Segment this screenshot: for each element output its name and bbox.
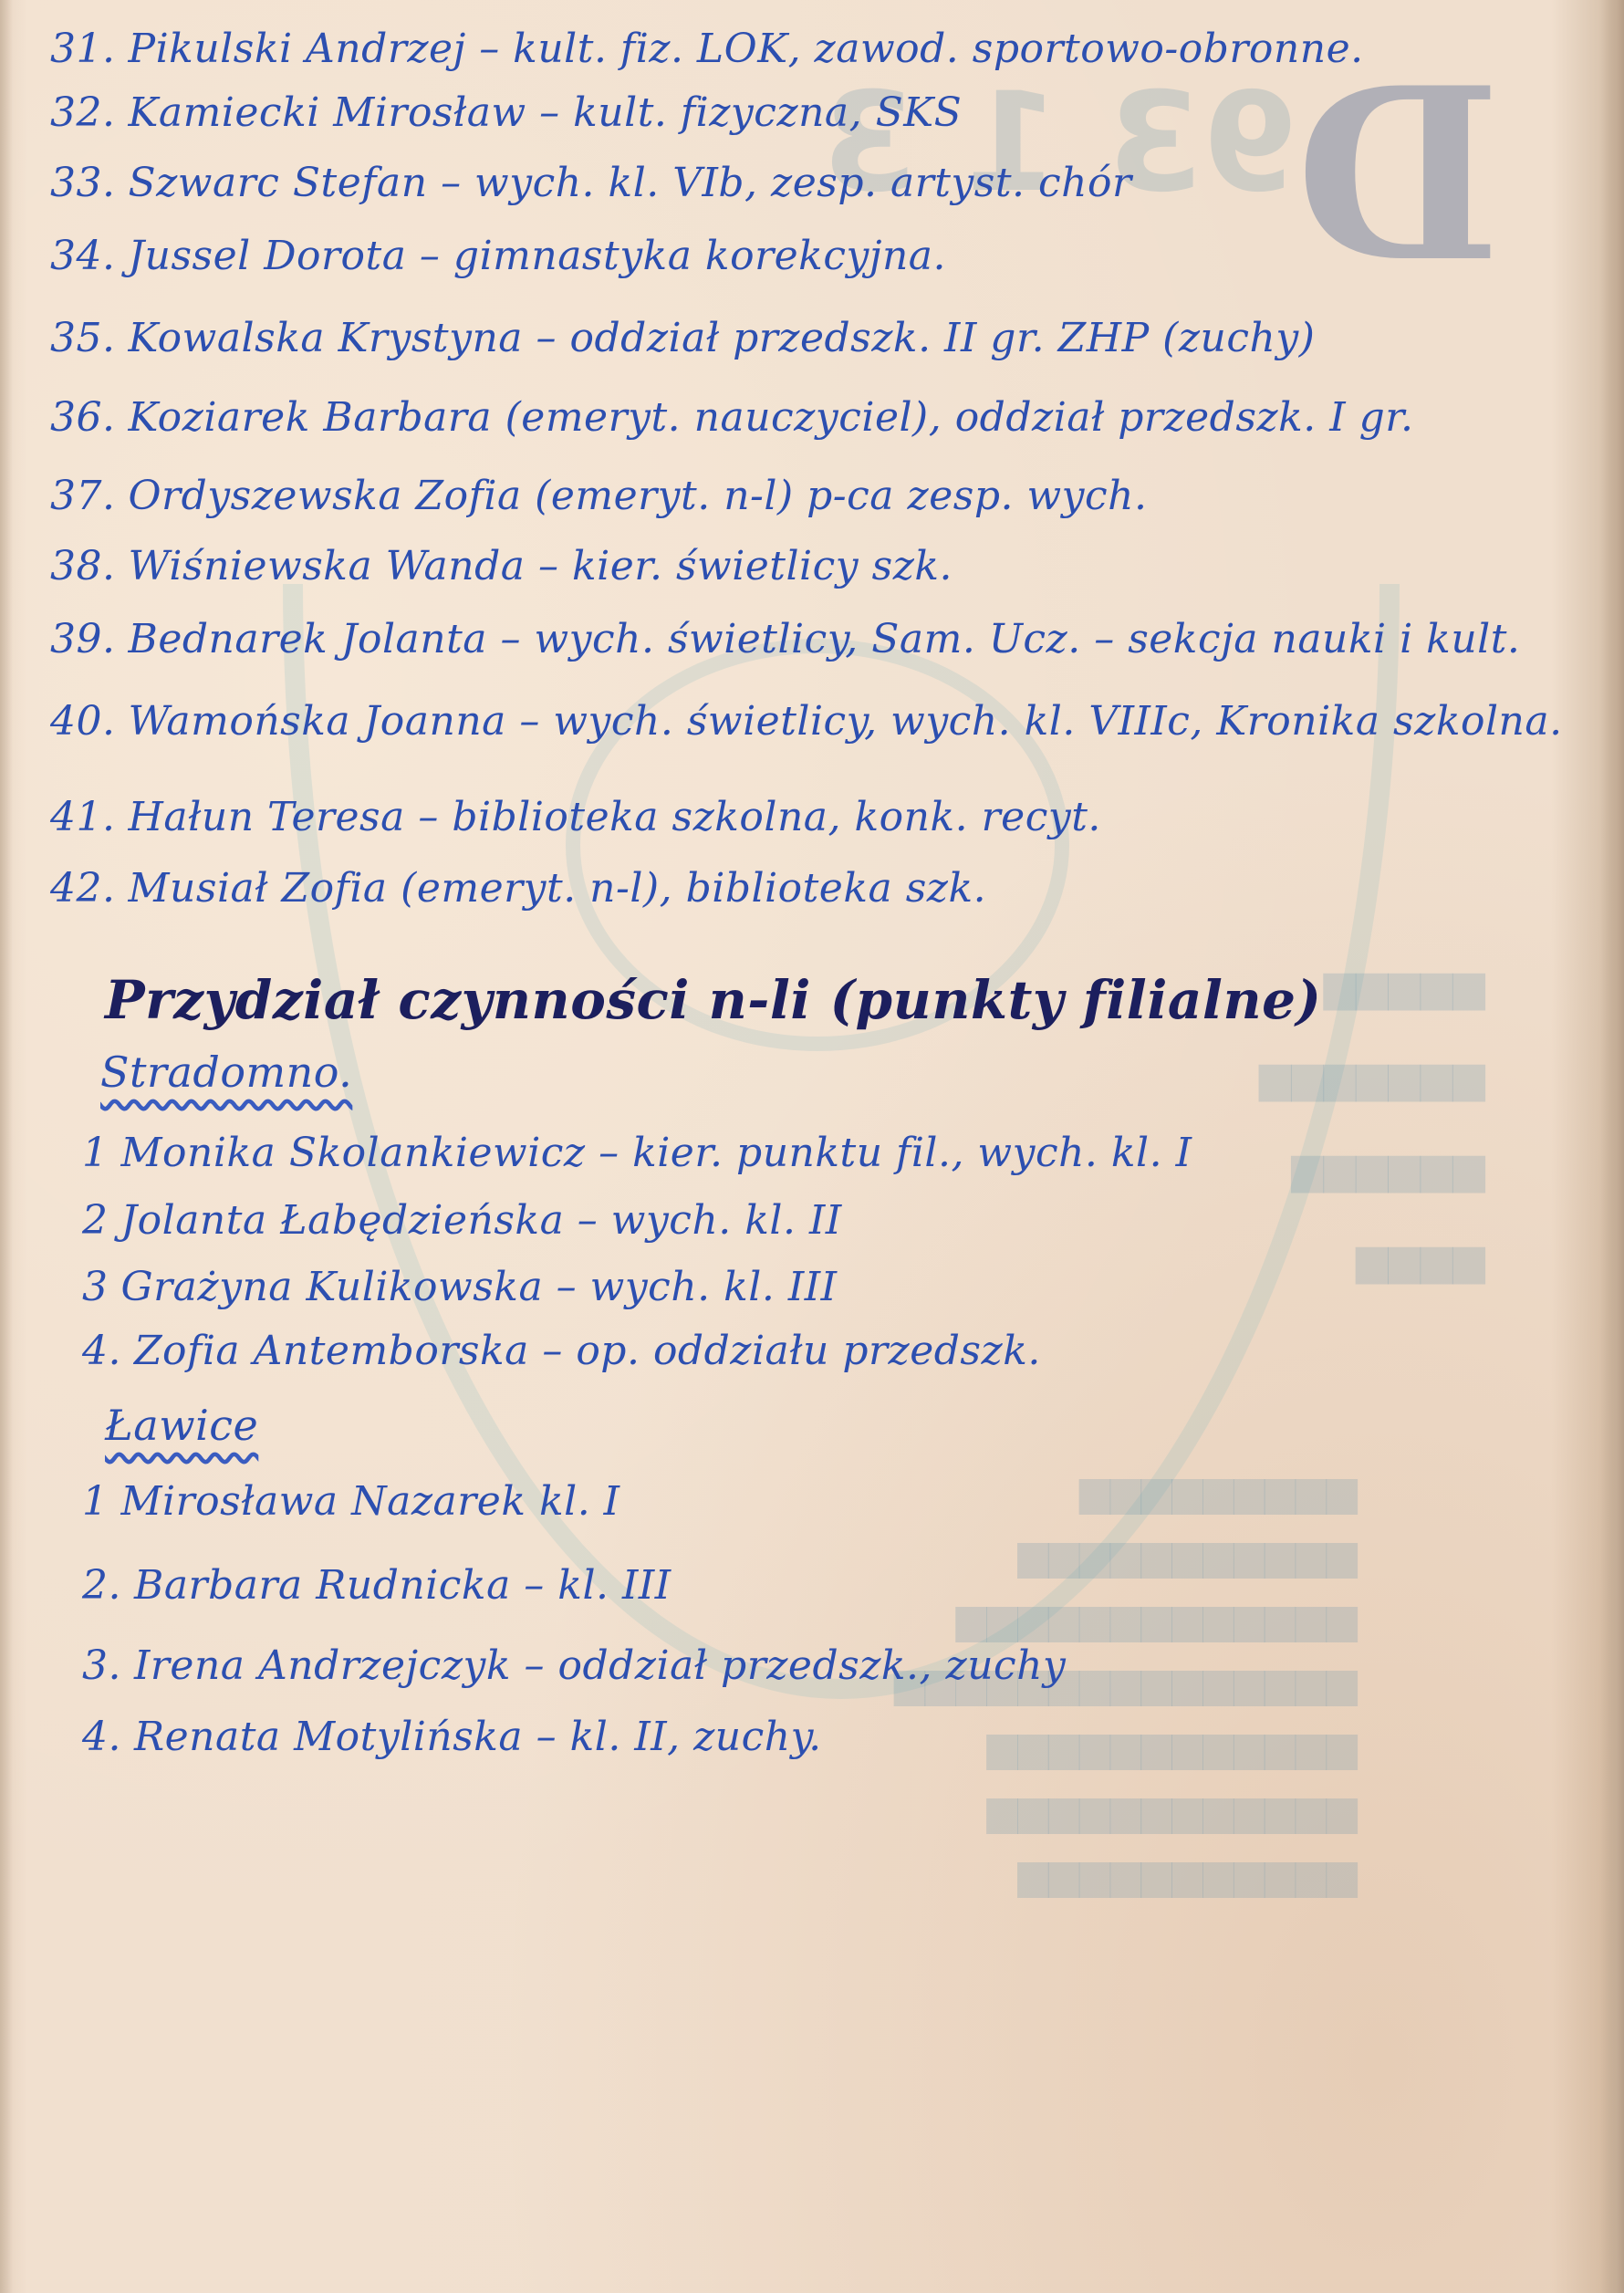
item-number: 4.	[82, 1328, 121, 1374]
list-item: 42.Musiał Zofia (emeryt. n-l), bibliotek…	[50, 865, 986, 912]
item-text: Jussel Dorota – gimnastyka korekcyjna.	[128, 233, 946, 279]
item-text: Mirosława Nazarek kl. I	[121, 1478, 620, 1525]
item-number: 37.	[50, 473, 115, 519]
item-text: Grażyna Kulikowska – wych. kl. III	[121, 1264, 838, 1310]
page-edge-shadow	[1600, 0, 1624, 2293]
item-text: Wiśniewska Wanda – kier. świetlicy szk.	[128, 543, 953, 589]
item-number: 36.	[50, 394, 115, 441]
list-item: 36.Koziarek Barbara (emeryt. nauczyciel)…	[50, 394, 1413, 441]
item-number: 2.	[82, 1562, 121, 1609]
item-number: 3	[82, 1264, 109, 1310]
list-item: 33.Szwarc Stefan – wych. kl. VIb, zesp. …	[50, 160, 1132, 206]
list-item: 40.Wamońska Joanna – wych. świetlicy, wy…	[50, 698, 1563, 745]
item-number: 34.	[50, 233, 115, 279]
item-number: 1	[82, 1130, 109, 1176]
list-item: 3.Irena Andrzejczyk – oddział przedszk.,…	[82, 1642, 1066, 1689]
item-number: 38.	[50, 543, 115, 589]
list-item: 1Mirosława Nazarek kl. I	[82, 1478, 620, 1525]
item-number: 41.	[50, 794, 115, 840]
list-item: 35.Kowalska Krystyna – oddział przedszk.…	[50, 315, 1315, 361]
list-item: 3Grażyna Kulikowska – wych. kl. III	[82, 1264, 837, 1310]
item-number: 33.	[50, 160, 115, 206]
item-text: Musiał Zofia (emeryt. n-l), biblioteka s…	[128, 865, 986, 912]
list-item: 37.Ordyszewska Zofia (emeryt. n-l) p-ca …	[50, 473, 1147, 519]
item-text: Zofia Antemborska – op. oddziału przedsz…	[134, 1328, 1041, 1374]
list-item: 41.Hałun Teresa – biblioteka szkolna, ko…	[50, 794, 1101, 840]
list-item: 4.Zofia Antemborska – op. oddziału przed…	[82, 1328, 1041, 1374]
list-item: 4.Renata Motylińska – kl. II, zuchy.	[82, 1714, 822, 1760]
item-number: 31.	[50, 26, 115, 72]
item-number: 32.	[50, 89, 115, 136]
item-number: 1	[82, 1478, 109, 1525]
item-text: Szwarc Stefan – wych. kl. VIb, zesp. art…	[128, 160, 1131, 206]
item-number: 3.	[82, 1642, 121, 1689]
item-text: Monika Skolankiewicz – kier. punktu fil.…	[121, 1130, 1192, 1176]
list-item: 38.Wiśniewska Wanda – kier. świetlicy sz…	[50, 543, 953, 589]
item-text: Jolanta Łabędzieńska – wych. kl. II	[121, 1197, 842, 1244]
item-text: Koziarek Barbara (emeryt. nauczyciel), o…	[128, 394, 1413, 441]
item-text: Barbara Rudnicka – kl. III	[134, 1562, 671, 1609]
item-text: Pikulski Andrzej – kult. fiz. LOK, zawod…	[128, 26, 1363, 72]
item-text: Kamiecki Mirosław – kult. fizyczna, SKS	[128, 89, 962, 136]
item-number: 2	[82, 1197, 109, 1244]
list-item: 2Jolanta Łabędzieńska – wych. kl. II	[82, 1197, 842, 1244]
item-text: Ordyszewska Zofia (emeryt. n-l) p-ca zes…	[128, 473, 1147, 519]
item-text: Renata Motylińska – kl. II, zuchy.	[134, 1714, 822, 1760]
item-text: Bednarek Jolanta – wych. świetlicy, Sam.…	[128, 616, 1520, 662]
scanned-page: D 93 1 3 ▆▆▆▆▆ ▆▆▆▆▆▆▆ ▆▆▆▆▆▆ ▆▆▆▆ ▆▆▆▆▆…	[0, 0, 1624, 2293]
branch-title: Ławice	[105, 1401, 258, 1450]
list-item: 1Monika Skolankiewicz – kier. punktu fil…	[82, 1130, 1192, 1176]
item-number: 40.	[50, 698, 115, 745]
page-spine-shadow	[0, 0, 13, 2293]
item-text: Hałun Teresa – biblioteka szkolna, konk.…	[128, 794, 1100, 840]
section-heading: Przydział czynności n-li (punkty filialn…	[105, 969, 1321, 1031]
branch-title: Stradomno.	[100, 1047, 352, 1097]
item-number: 39.	[50, 616, 115, 662]
bleed-through-initial: D	[1296, 36, 1501, 315]
list-item: 32.Kamiecki Mirosław – kult. fizyczna, S…	[50, 89, 962, 136]
item-number: 4.	[82, 1714, 121, 1760]
item-text: Kowalska Krystyna – oddział przedszk. II…	[128, 315, 1315, 361]
list-item: 31.Pikulski Andrzej – kult. fiz. LOK, za…	[50, 26, 1364, 72]
list-item: 2.Barbara Rudnicka – kl. III	[82, 1562, 671, 1609]
item-number: 42.	[50, 865, 115, 912]
item-number: 35.	[50, 315, 115, 361]
list-item: 39.Bednarek Jolanta – wych. świetlicy, S…	[50, 616, 1520, 662]
item-text: Wamońska Joanna – wych. świetlicy, wych.…	[128, 698, 1562, 745]
item-text: Irena Andrzejczyk – oddział przedszk., z…	[134, 1642, 1066, 1689]
list-item: 34.Jussel Dorota – gimnastyka korekcyjna…	[50, 233, 946, 279]
